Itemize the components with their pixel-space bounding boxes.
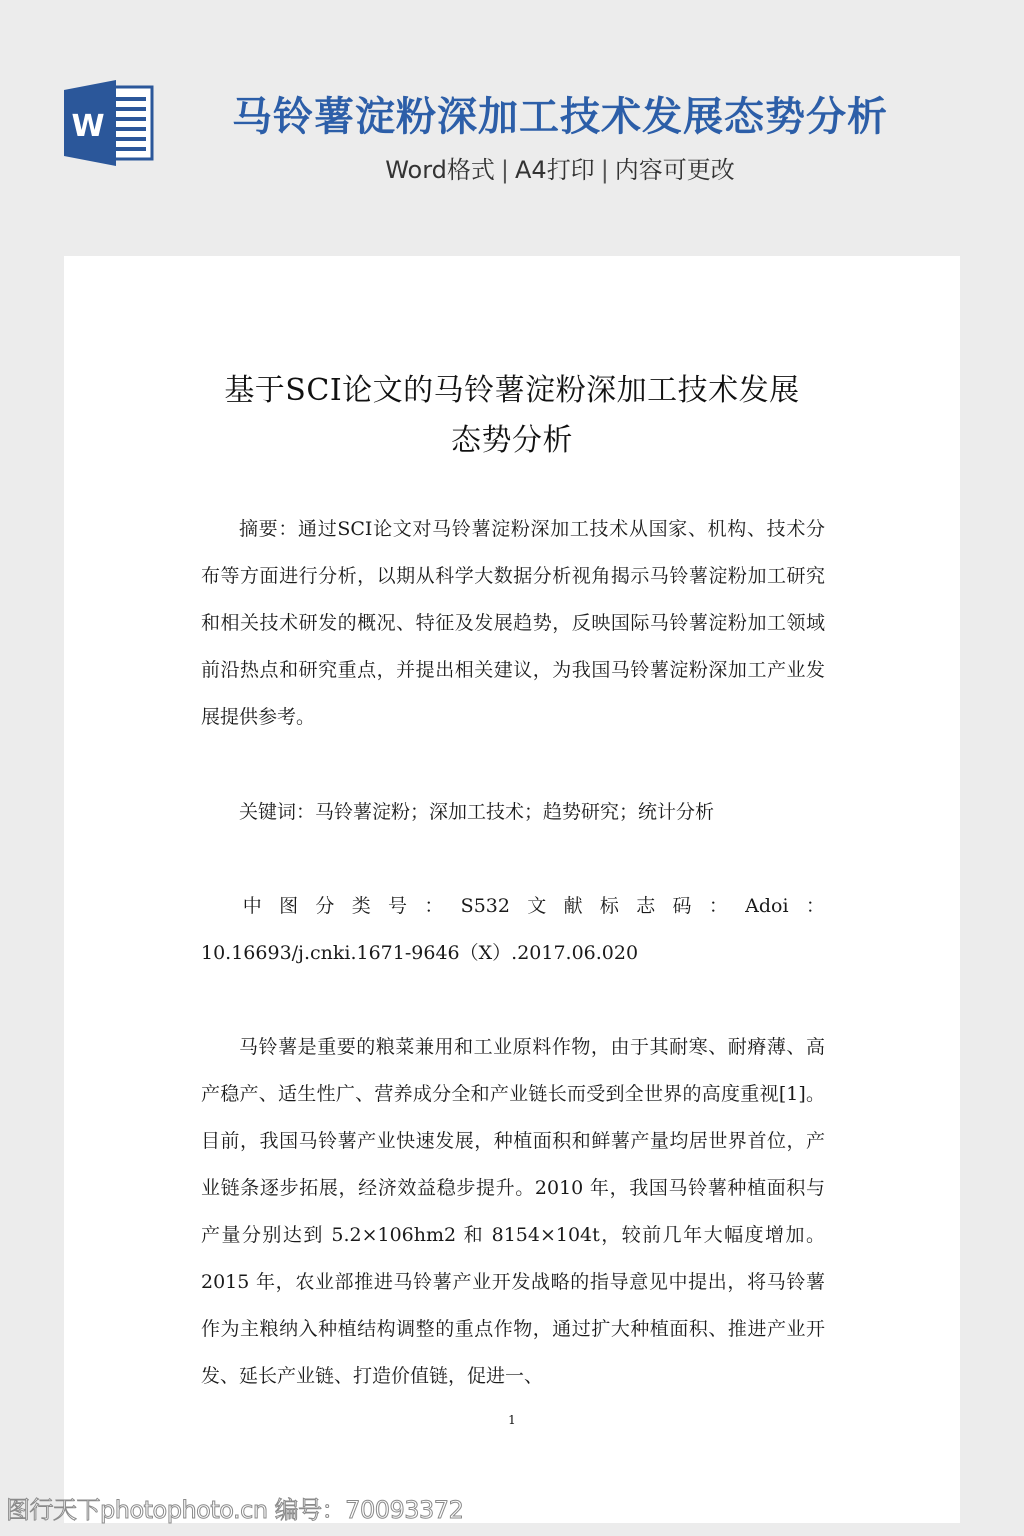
banner-subtitle: Word格式|A4打印|内容可更改 <box>200 152 920 188</box>
document-title-line-1: 基于SCI论文的马铃薯淀粉深加工技术发展 <box>64 366 960 416</box>
separator: | <box>601 156 609 184</box>
document-title-line-2: 态势分析 <box>64 416 960 466</box>
keywords-paragraph: 关键词：马铃薯淀粉；深加工技术；趋势研究；统计分析 <box>201 789 825 836</box>
class-token: 标 <box>600 883 619 930</box>
separator: | <box>501 156 509 184</box>
class-token: ： <box>424 883 443 930</box>
watermark: 图行天下photophoto.cn 编号：70093372 <box>6 1490 463 1525</box>
class-token: 图 <box>279 883 298 930</box>
classification-line: 中 图 分 类 号 ： S532 文 献 标 志 码 ： Adoi ： <box>201 883 825 930</box>
banner-title: 马铃薯淀粉深加工技术发展态势分析 <box>200 92 920 142</box>
class-token: ： <box>709 883 728 930</box>
class-token: Adoi <box>745 883 788 930</box>
abstract-paragraph: 摘要：通过SCI论文对马铃薯淀粉深加工技术从国家、机构、技术分布等方面进行分析，… <box>201 506 825 741</box>
class-token: 文 <box>527 883 546 930</box>
page-number: 1 <box>64 1413 960 1427</box>
word-document-icon: W <box>64 80 156 166</box>
svg-text:W: W <box>71 109 104 144</box>
class-token: 献 <box>564 883 583 930</box>
print-label: A4打印 <box>515 156 595 184</box>
class-token: S532 <box>461 883 510 930</box>
class-token: 号 <box>388 883 407 930</box>
document-title: 基于SCI论文的马铃薯淀粉深加工技术发展 态势分析 <box>64 366 960 466</box>
classification-block: 中 图 分 类 号 ： S532 文 献 标 志 码 ： Adoi ： 10.1… <box>201 883 825 977</box>
class-token: 码 <box>673 883 692 930</box>
class-token: 志 <box>636 883 655 930</box>
editable-label: 内容可更改 <box>615 156 735 184</box>
class-token: 中 <box>243 883 262 930</box>
body-paragraph: 马铃薯是重要的粮菜兼用和工业原料作物，由于其耐寒、耐瘠薄、高产稳产、适生性广、营… <box>201 1024 825 1400</box>
class-token: ： <box>806 883 825 930</box>
class-token: 分 <box>315 883 334 930</box>
preview-header: W 马铃薯淀粉深加工技术发展态势分析 Word格式|A4打印|内容可更改 <box>0 0 1024 256</box>
document-page: 基于SCI论文的马铃薯淀粉深加工技术发展 态势分析 摘要：通过SCI论文对马铃薯… <box>64 256 960 1523</box>
class-token: 类 <box>352 883 371 930</box>
doi-line: 10.16693/j.cnki.1671-9646（X）.2017.06.020 <box>201 930 825 977</box>
format-label: Word格式 <box>385 156 495 184</box>
